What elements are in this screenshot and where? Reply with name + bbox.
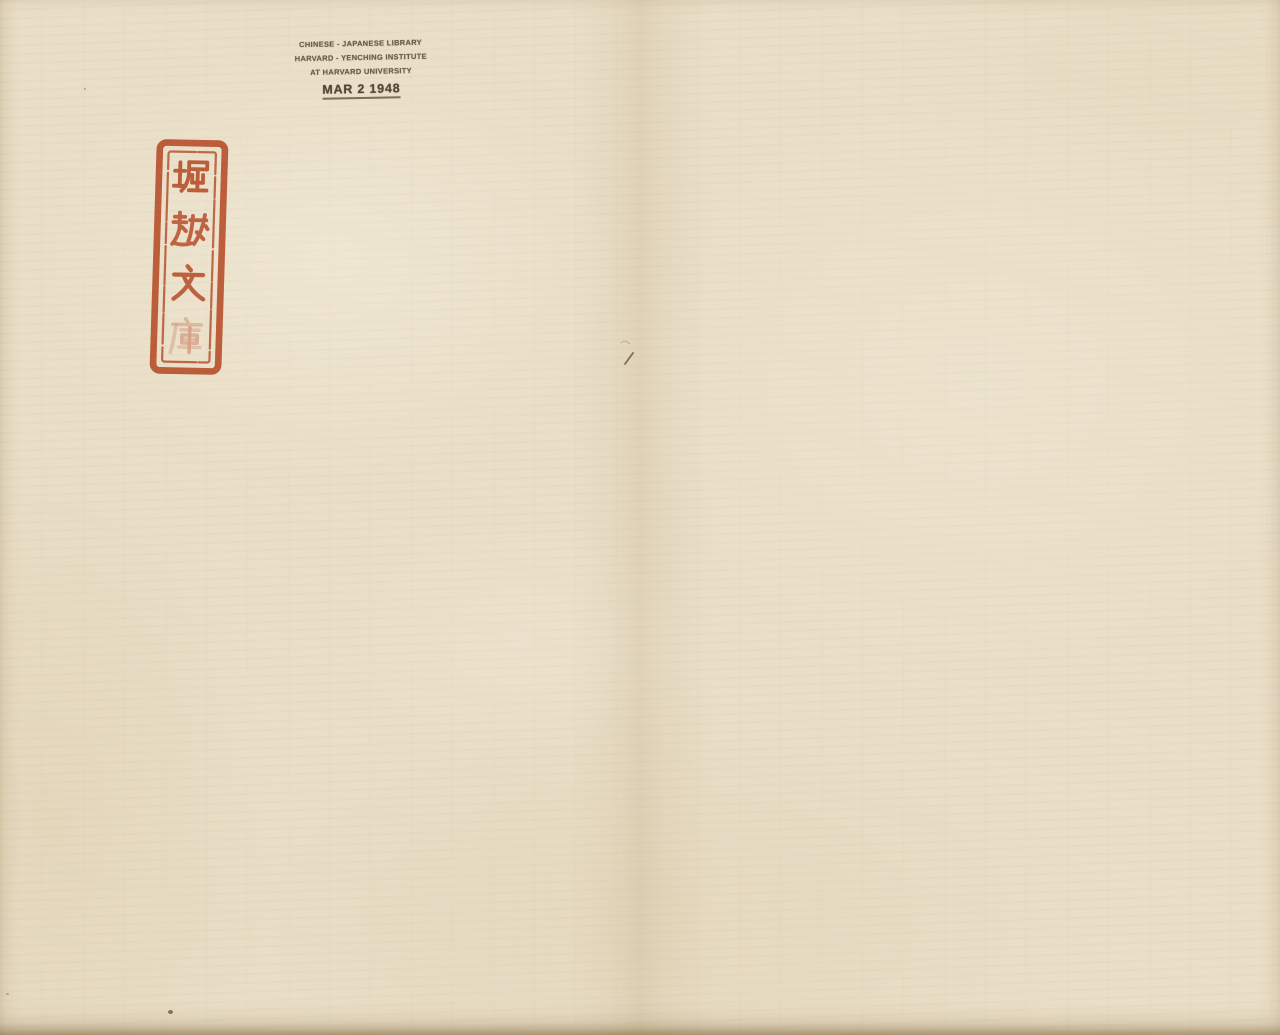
library-stamp-line-3: AT HARVARD UNIVERSITY	[288, 64, 434, 81]
right-page	[640, 0, 1280, 1035]
seal-svg	[148, 131, 230, 382]
seal-character-1	[174, 162, 208, 192]
ink-speck	[84, 88, 86, 90]
scanned-book-page: CHINESE - JAPANESE LIBRARY HARVARD - YEN…	[0, 0, 1280, 1035]
collection-seal-stamp	[148, 131, 230, 382]
library-date-stamp: MAR 2 1948	[322, 81, 400, 99]
seal-character-2	[172, 212, 208, 245]
left-page	[0, 0, 640, 1035]
scan-bottom-edge-shadow	[0, 1023, 1280, 1035]
seal-character-3	[173, 266, 204, 299]
pencil-slash-mark	[616, 334, 640, 368]
page-gutter-shadow	[572, 0, 714, 1035]
ink-speck	[168, 1010, 173, 1014]
seal-character-4	[170, 318, 201, 353]
ink-speck	[6, 993, 9, 995]
library-stamp: CHINESE - JAPANESE LIBRARY HARVARD - YEN…	[287, 36, 434, 101]
